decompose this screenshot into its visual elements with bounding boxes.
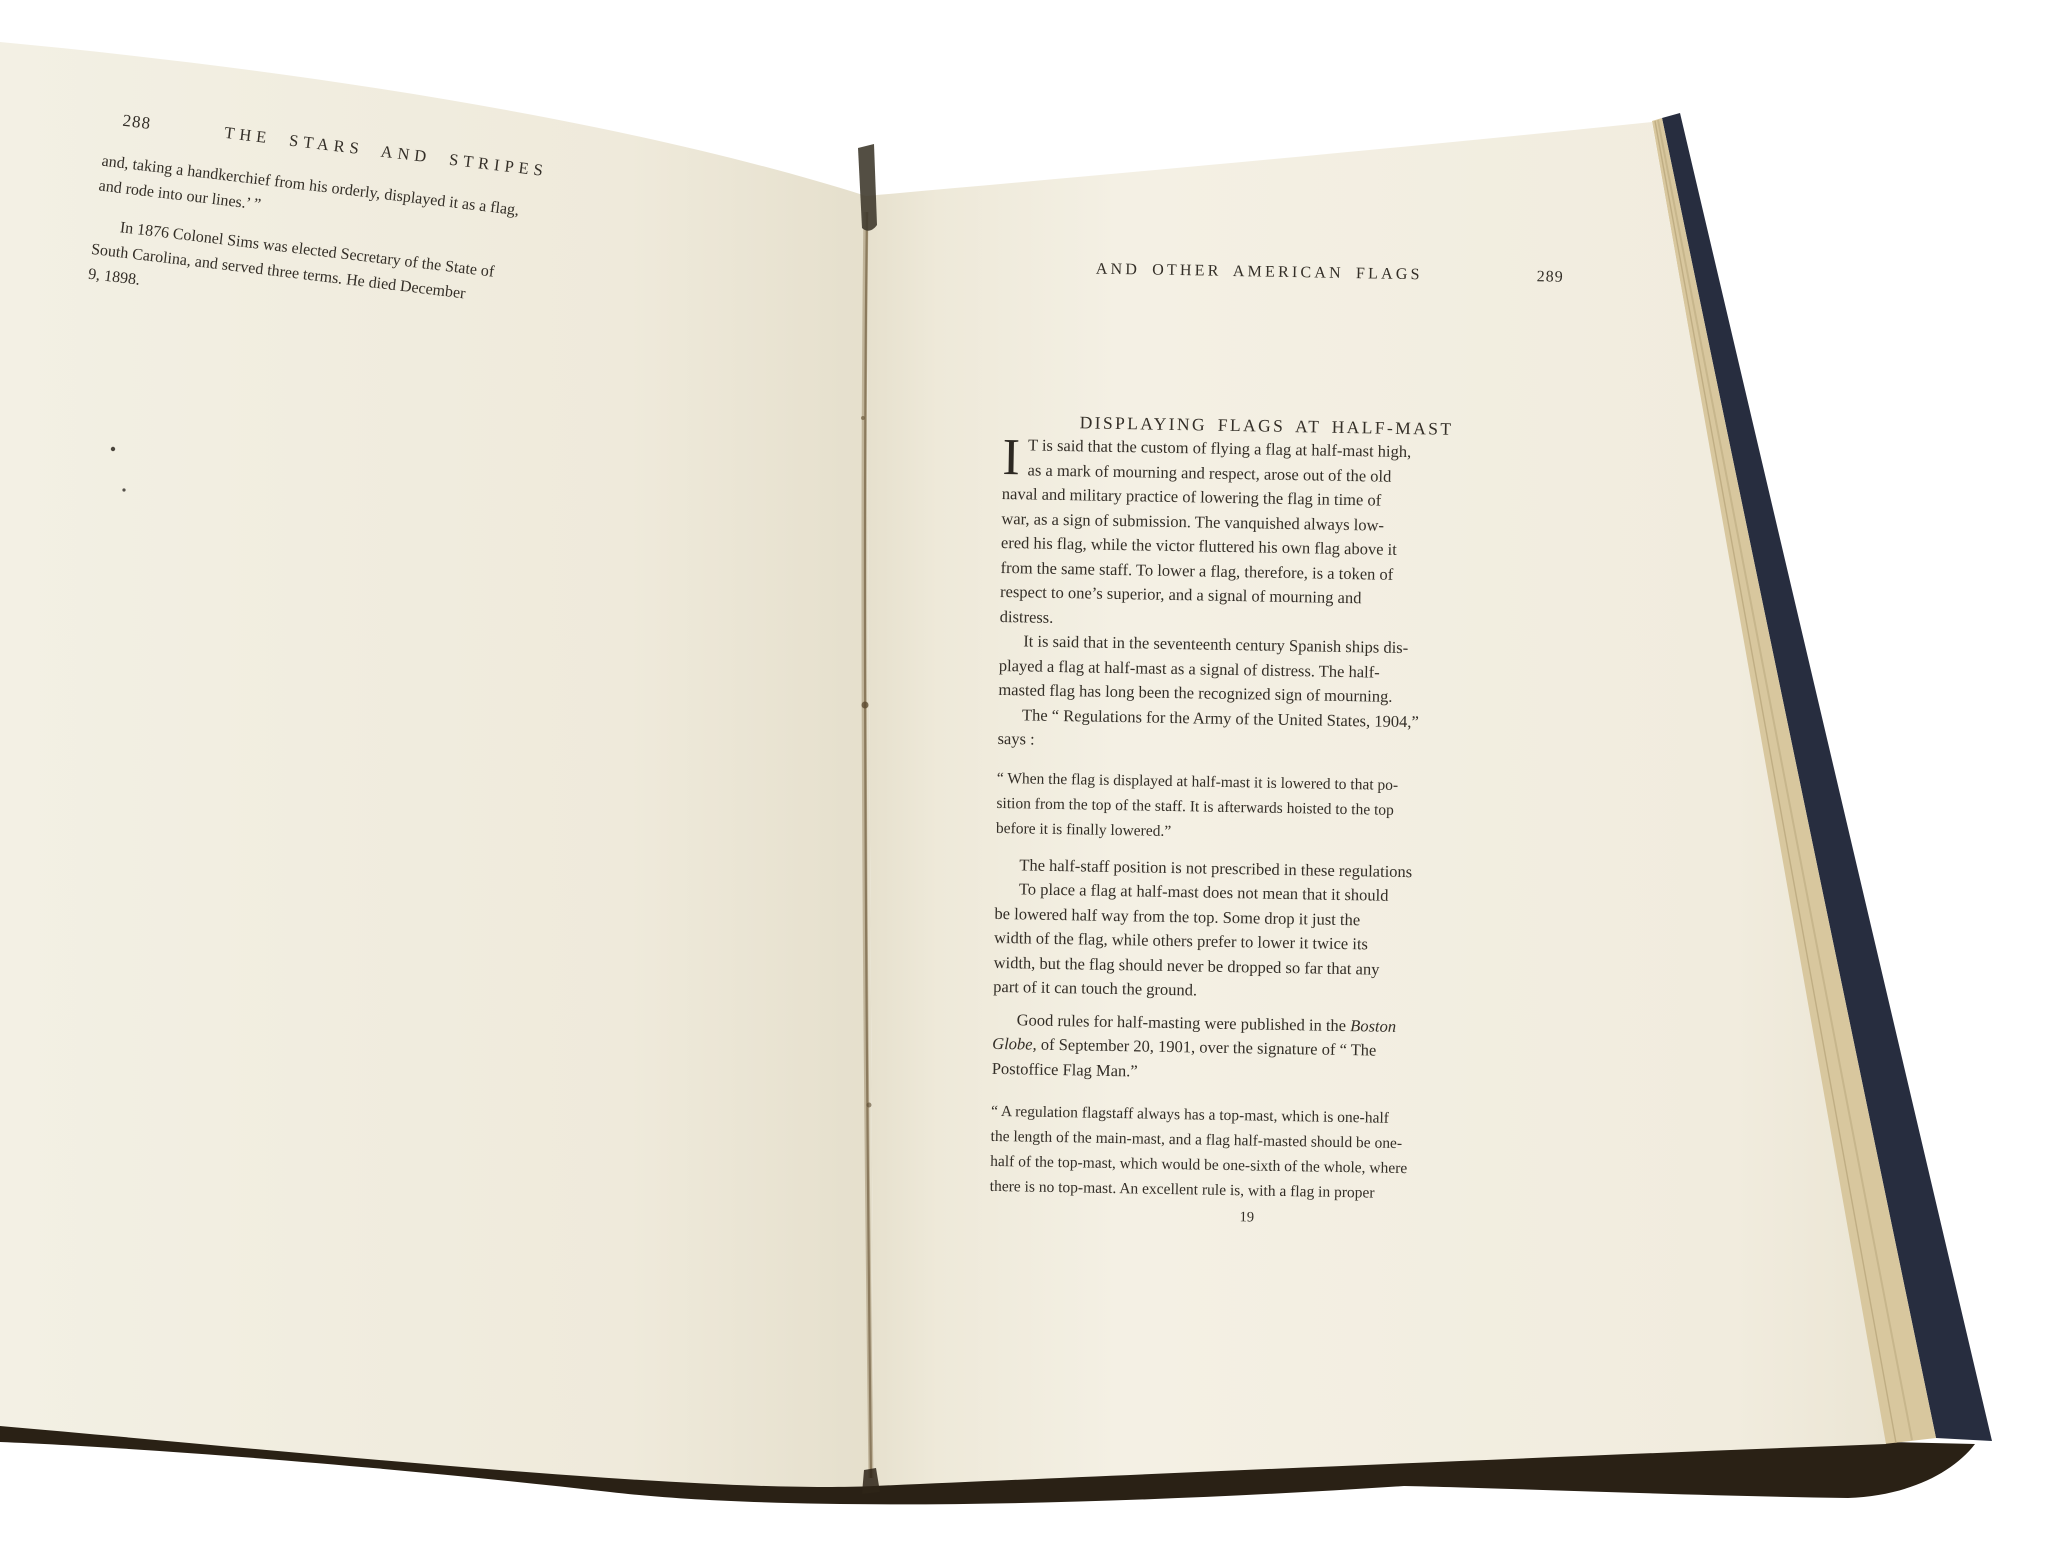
boston-globe-paragraph: Good rules for half-masting were publish… (992, 1007, 1508, 1089)
regulations-quote: “ When the flag is displayed at half-mas… (996, 765, 1512, 849)
boston-globe-pre: Good rules for half-masting were publish… (1017, 1010, 1351, 1035)
right-page-content: AND OTHER AMERICAN FLAGS 289 DISPLAYING … (989, 256, 1566, 1235)
ink-speck (122, 488, 125, 491)
right-page-number: 289 (1536, 265, 1563, 290)
boston-globe-post: of September 20, 1901, over the signatur… (992, 1035, 1377, 1080)
flagstaff-quote: “ A regulation flagstaff always has a to… (990, 1099, 1507, 1208)
spanish-ships-paragraph: It is said that in the seventeenth centu… (998, 629, 1514, 711)
gutter-wear-spot (867, 1103, 872, 1108)
right-running-title: AND OTHER AMERICAN FLAGS (1096, 258, 1423, 288)
left-page-number: 288 (121, 108, 152, 136)
right-page-body: IT is said that the custom of flying a f… (989, 433, 1518, 1234)
gutter-wear-spot (862, 702, 869, 709)
photo-background: { "book": { "colors": { "page_cream": "#… (0, 0, 2048, 1544)
gutter-wear-spot (861, 416, 865, 420)
drop-cap: I (1002, 437, 1020, 479)
half-mast-paragraph: To place a flag at half-mast does not me… (993, 877, 1510, 1008)
ink-speck (111, 447, 115, 451)
intro-paragraph: IT is said that the custom of flying a f… (999, 433, 1517, 638)
regulations-lead-in: The “ Regulations for the Army of the Un… (997, 702, 1513, 760)
intro-paragraph-text: T is said that the custom of flying a fl… (1000, 435, 1412, 626)
